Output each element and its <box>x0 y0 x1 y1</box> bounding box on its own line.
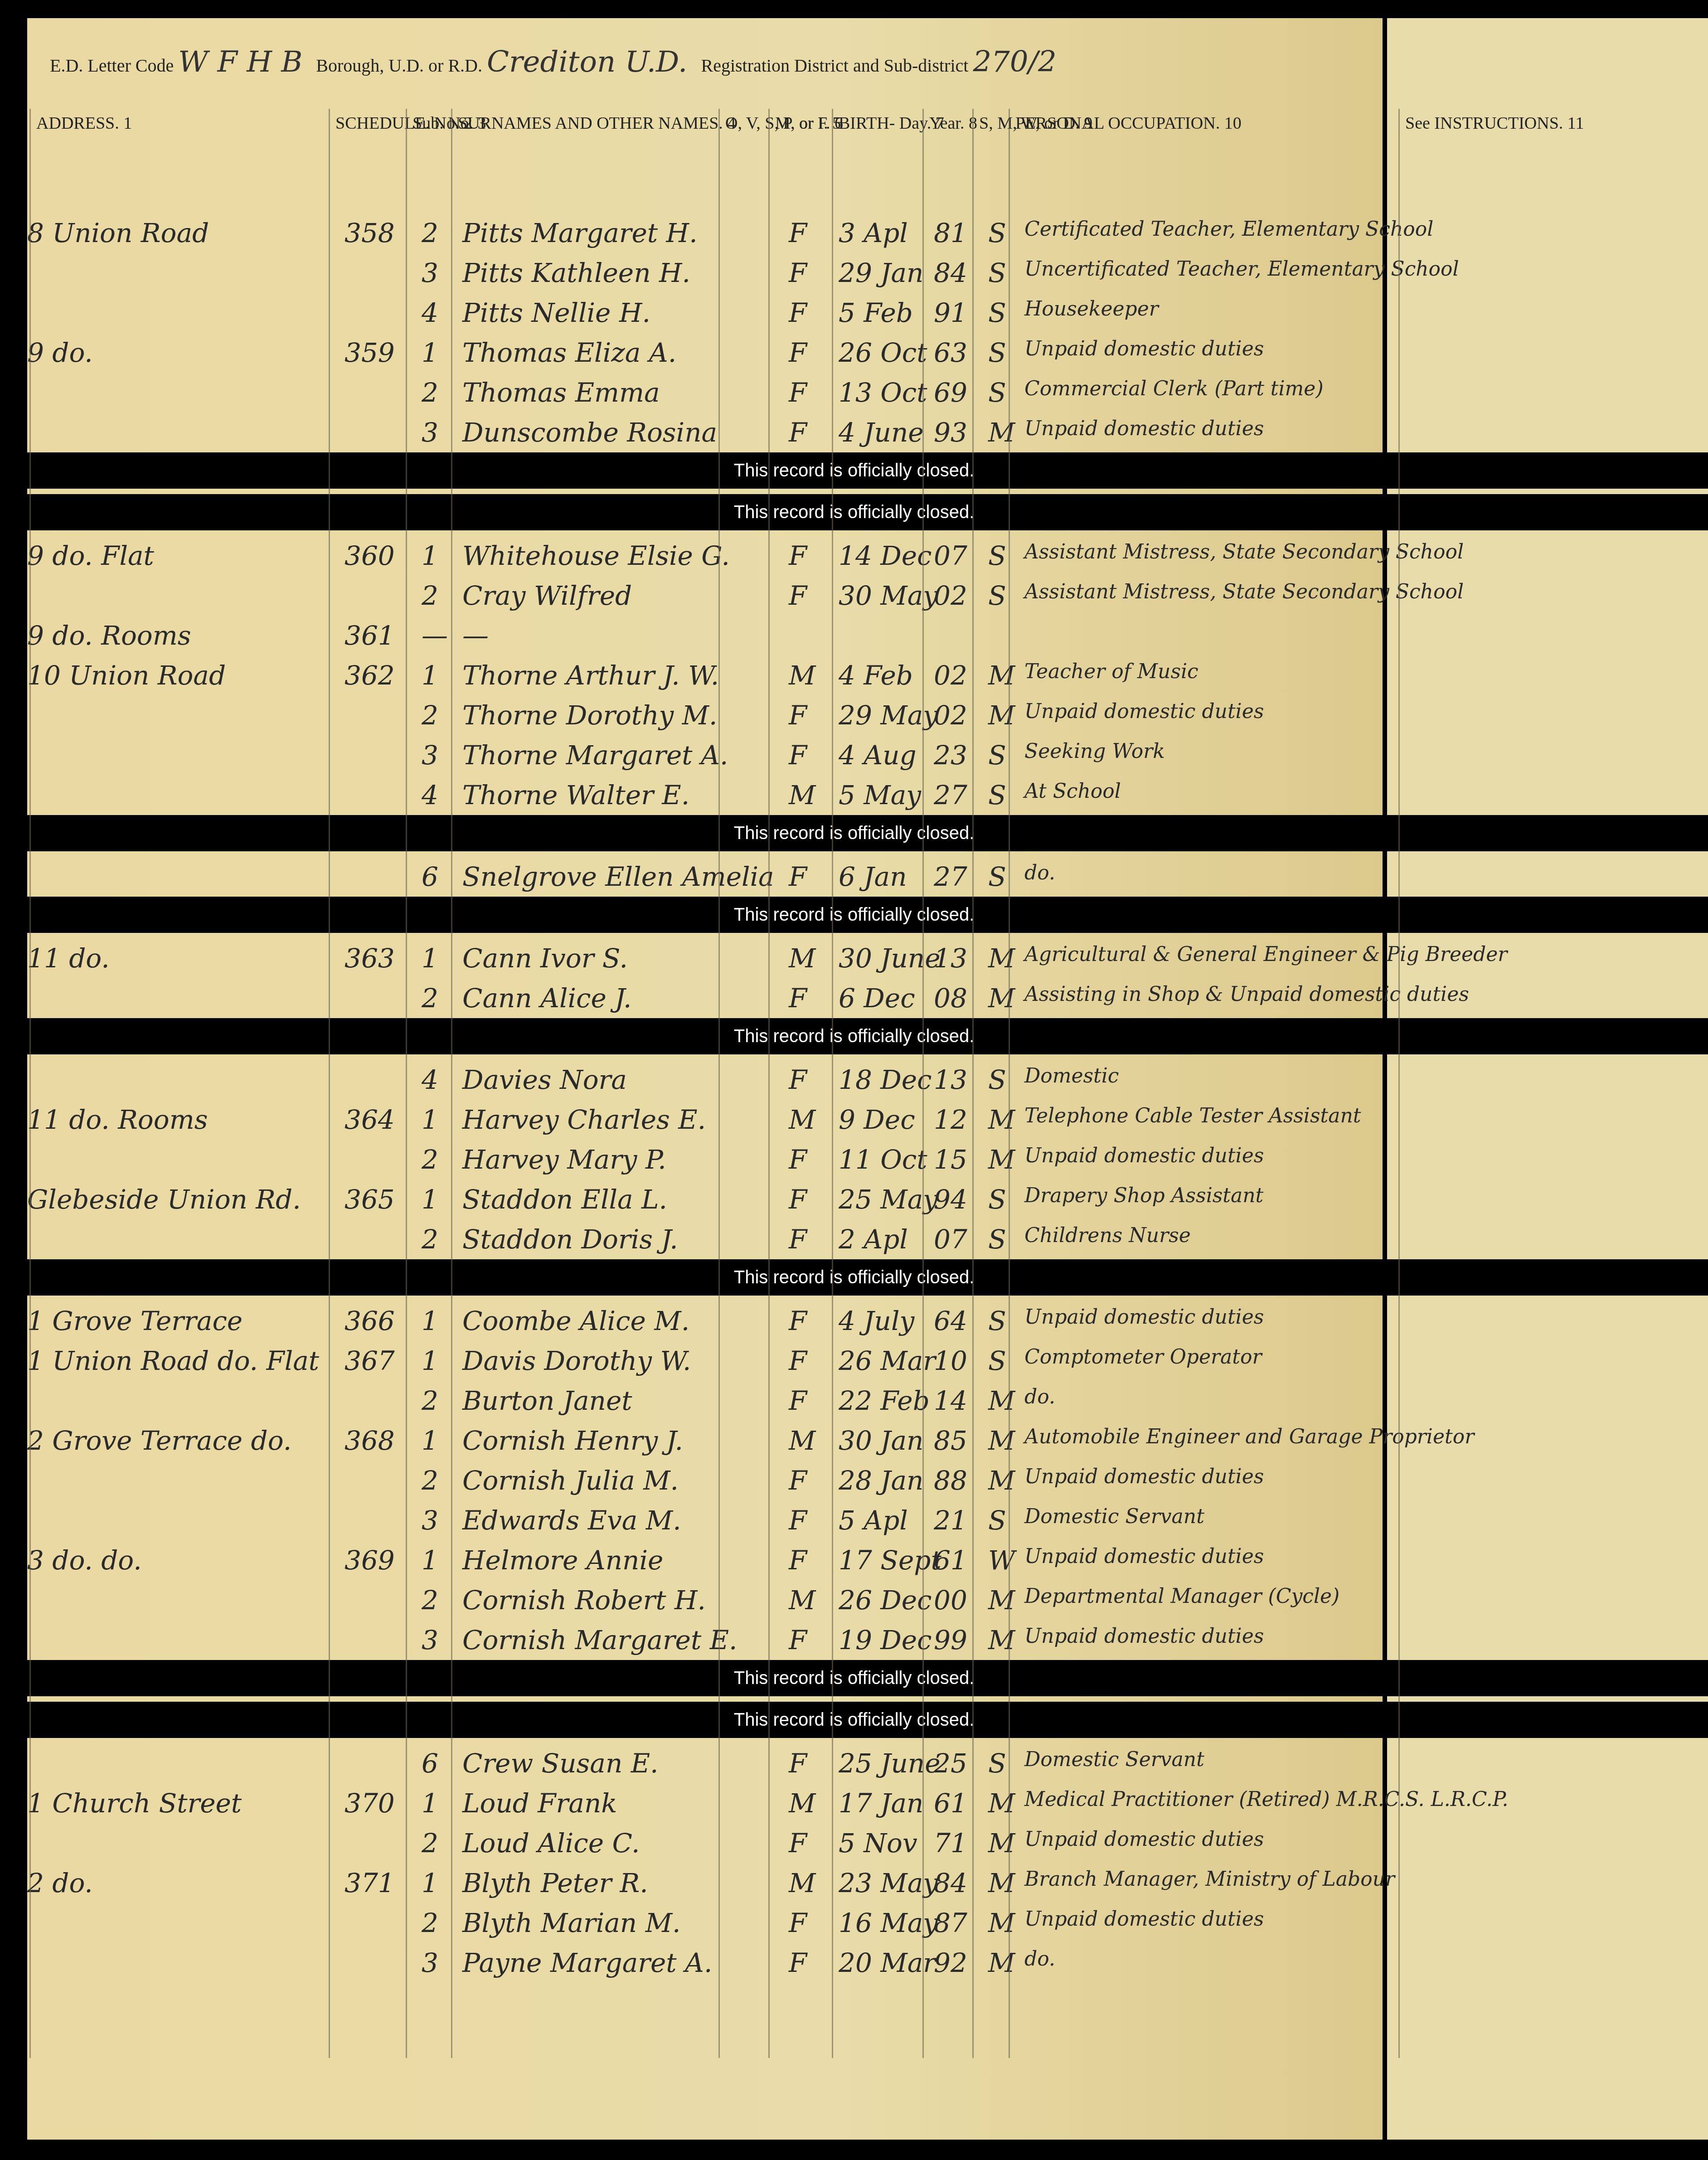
cell-day: 28 Jan <box>839 1465 923 1496</box>
cell-sub: 4 <box>422 1064 438 1095</box>
cell-sex: F <box>789 580 807 611</box>
cell-day: 4 Aug <box>839 740 917 771</box>
cell-name: Thomas Emma <box>462 377 660 408</box>
cell-yr: 64 <box>934 1306 967 1336</box>
cell-sch: 369 <box>345 1545 395 1576</box>
cell-ms: S <box>988 1748 1006 1779</box>
table-row: 3 do. do.3691Helmore AnnieF17 Sept61WUnp… <box>27 1540 1704 1581</box>
table-row: 2 Grove Terrace do.3681Cornish Henry J.M… <box>27 1421 1704 1461</box>
cell-occ: Unpaid domestic duties <box>1024 1465 1264 1488</box>
cell-name: Blyth Peter R. <box>462 1868 648 1898</box>
cell-sub: 1 <box>422 1184 438 1215</box>
cell-yr: 85 <box>934 1425 967 1456</box>
cell-yr: 02 <box>934 580 967 611</box>
column-header-1: ADDRESS. 1 <box>36 113 132 133</box>
cell-ms: S <box>988 1345 1006 1376</box>
cell-sub: 2 <box>422 1144 438 1175</box>
cell-occ: At School <box>1024 780 1121 803</box>
table-row: 6Crew Susan E.F25 June25SDomestic Servan… <box>27 1743 1704 1784</box>
table-row: 2Staddon Doris J.F2 Apl07SChildrens Nurs… <box>27 1219 1704 1260</box>
cell-name: Pitts Nellie H. <box>462 297 650 328</box>
table-row: 1 Grove Terrace3661Coombe Alice M.F4 Jul… <box>27 1301 1704 1342</box>
cell-yr: 12 <box>934 1104 967 1135</box>
cell-sch: 361 <box>345 620 395 651</box>
cell-day: 5 Feb <box>839 297 913 328</box>
cell-addr: 11 do. <box>27 943 110 974</box>
cell-ms: M <box>988 1625 1015 1655</box>
cell-sub: 1 <box>422 1345 438 1376</box>
cell-occ: Childrens Nurse <box>1024 1224 1191 1247</box>
cell-sex: F <box>789 297 807 328</box>
cell-name: Thorne Dorothy M. <box>462 700 718 731</box>
cell-occ: Teacher of Music <box>1024 660 1199 683</box>
cell-sub: 2 <box>422 983 438 1014</box>
cell-day: 29 Jan <box>839 257 923 288</box>
cell-sub: 1 <box>422 1868 438 1898</box>
cell-occ: Comptometer Operator <box>1024 1345 1262 1369</box>
cell-ms: M <box>988 700 1015 731</box>
cell-day: 22 Feb <box>839 1385 930 1416</box>
cell-day: 5 Nov <box>839 1828 917 1859</box>
cell-day: 4 June <box>839 417 924 448</box>
cell-ms: S <box>988 218 1006 248</box>
cell-occ: Domestic Servant <box>1024 1505 1204 1528</box>
cell-ms: M <box>988 1144 1015 1175</box>
cell-ms: S <box>988 540 1006 571</box>
cell-sex: F <box>789 1064 807 1095</box>
cell-sch: 360 <box>345 540 395 571</box>
column-header-8: Year. 8 <box>929 113 977 133</box>
cell-occ: Assistant Mistress, State Secondary Scho… <box>1024 580 1464 603</box>
table-row: 2Cann Alice J.F6 Dec08MAssisting in Shop… <box>27 978 1704 1019</box>
cell-sub: 3 <box>422 1505 438 1536</box>
table-row: Glebeside Union Rd.3651Staddon Ella L.F2… <box>27 1180 1704 1220</box>
cell-addr: 9 do. Flat <box>27 540 154 571</box>
reg-district: 270/2 <box>973 45 1056 79</box>
closed-record-banner: This record is officially closed. <box>0 452 1708 489</box>
cell-yr: 71 <box>934 1828 967 1859</box>
cell-name: Payne Margaret A. <box>462 1947 712 1978</box>
cell-name: Whitehouse Elsie G. <box>462 540 730 571</box>
reg-district-label: Registration District and Sub-district <box>701 55 968 76</box>
cell-yr: 88 <box>934 1465 967 1496</box>
ed-letter-code: W F H B <box>178 45 302 79</box>
table-row: 3Payne Margaret A.F20 Mar92Mdo. <box>27 1943 1704 1984</box>
cell-sch: 359 <box>345 337 395 368</box>
cell-sex: M <box>789 1585 815 1616</box>
cell-sex: M <box>789 660 815 691</box>
cell-name: Harvey Mary P. <box>462 1144 666 1175</box>
cell-occ: Unpaid domestic duties <box>1024 337 1264 360</box>
cell-sex: M <box>789 1104 815 1135</box>
table-row: 1 Union Road do. Flat3671Davis Dorothy W… <box>27 1341 1704 1382</box>
cell-sex: M <box>789 1425 815 1456</box>
cell-ms: S <box>988 1306 1006 1336</box>
cell-ms: M <box>988 1585 1015 1616</box>
cell-occ: Housekeeper <box>1024 297 1159 320</box>
cell-sub: 1 <box>422 660 438 691</box>
cell-day: 4 Feb <box>839 660 913 691</box>
cell-sex: F <box>789 218 807 248</box>
cell-name: Loud Alice C. <box>462 1828 640 1859</box>
cell-occ: Unpaid domestic duties <box>1024 700 1264 723</box>
table-row: 11 do.3631Cann Ivor S.M30 June13MAgricul… <box>27 938 1704 979</box>
cell-sex: F <box>789 257 807 288</box>
column-rule <box>406 109 407 2058</box>
cell-ms: M <box>988 660 1015 691</box>
cell-occ: do. <box>1024 1385 1055 1408</box>
cell-sch: 363 <box>345 943 395 974</box>
cell-yr: 07 <box>934 540 967 571</box>
cell-yr: 08 <box>934 983 967 1014</box>
table-row: 3Cornish Margaret E.F19 Dec99MUnpaid dom… <box>27 1620 1704 1661</box>
column-rule <box>451 109 452 2058</box>
cell-sch: 358 <box>345 218 395 248</box>
cell-day: 18 Dec <box>839 1064 932 1095</box>
cell-ms: S <box>988 740 1006 771</box>
cell-sch: 362 <box>345 660 395 691</box>
cell-name: — <box>462 620 489 651</box>
closed-record-banner: This record is officially closed. <box>0 815 1708 851</box>
cell-name: Cornish Margaret E. <box>462 1625 737 1655</box>
closed-record-banner: This record is officially closed. <box>0 494 1708 530</box>
cell-yr: 02 <box>934 660 967 691</box>
cell-occ: do. <box>1024 861 1055 884</box>
table-row: 2Thomas EmmaF13 Oct69SCommercial Clerk (… <box>27 373 1704 413</box>
cell-day: 11 Oct <box>839 1144 927 1175</box>
cell-sub: 2 <box>422 580 438 611</box>
cell-occ: Unpaid domestic duties <box>1024 1625 1264 1648</box>
table-row: 6Snelgrove Ellen AmeliaF6 Jan27Sdo. <box>27 857 1704 898</box>
cell-ms: M <box>988 1788 1015 1819</box>
cell-addr: Glebeside Union Rd. <box>27 1184 301 1215</box>
cell-ms: W <box>988 1545 1015 1576</box>
cell-ms: M <box>988 1828 1015 1859</box>
column-rule <box>718 109 720 2058</box>
cell-day: 19 Dec <box>839 1625 932 1655</box>
closed-record-banner: This record is officially closed. <box>0 1702 1708 1738</box>
cell-name: Harvey Charles E. <box>462 1104 706 1135</box>
cell-sex: F <box>789 861 807 892</box>
cell-day: 6 Dec <box>839 983 915 1014</box>
cell-day: 17 Sept <box>839 1545 941 1576</box>
cell-yr: 91 <box>934 297 967 328</box>
cell-yr: 69 <box>934 377 967 408</box>
cell-name: Thorne Arthur J. W. <box>462 660 719 691</box>
cell-addr: 8 Union Road <box>27 218 209 248</box>
cell-sex: M <box>789 780 815 811</box>
cell-occ: Departmental Manager (Cycle) <box>1024 1585 1339 1608</box>
cell-yr: 99 <box>934 1625 967 1655</box>
cell-ms: M <box>988 983 1015 1014</box>
cell-sex: F <box>789 1306 807 1336</box>
cell-yr: 94 <box>934 1184 967 1215</box>
cell-occ: Agricultural & General Engineer & Pig Br… <box>1024 943 1507 966</box>
cell-sub: 2 <box>422 1585 438 1616</box>
cell-yr: 13 <box>934 1064 967 1095</box>
cell-sub: 3 <box>422 740 438 771</box>
cell-sex: F <box>789 1505 807 1536</box>
cell-occ: Domestic <box>1024 1064 1119 1087</box>
cell-sub: 4 <box>422 297 438 328</box>
cell-addr: 3 do. do. <box>27 1545 142 1576</box>
cell-occ: Domestic Servant <box>1024 1748 1204 1771</box>
cell-ms: S <box>988 297 1006 328</box>
cell-occ: Automobile Engineer and Garage Proprieto… <box>1024 1425 1474 1448</box>
cell-sex: F <box>789 1545 807 1576</box>
table-row: 4Thorne Walter E.M5 May27SAt School <box>27 775 1704 816</box>
cell-ms: S <box>988 337 1006 368</box>
cell-addr: 1 Grove Terrace <box>27 1306 243 1336</box>
column-rule <box>972 109 974 2058</box>
table-row: 8 Union Road3582Pitts Margaret H.F3 Apl8… <box>27 213 1704 254</box>
cell-yr: 81 <box>934 218 967 248</box>
closed-record-banner: This record is officially closed. <box>0 897 1708 933</box>
cell-ms: S <box>988 1224 1006 1255</box>
cell-sub: 1 <box>422 1306 438 1336</box>
table-row: 2Cornish Julia M.F28 Jan88MUnpaid domest… <box>27 1461 1704 1501</box>
cell-yr: 21 <box>934 1505 967 1536</box>
cell-ms: S <box>988 1184 1006 1215</box>
cell-day: 30 Jan <box>839 1425 923 1456</box>
cell-name: Davis Dorothy W. <box>462 1345 691 1376</box>
cell-name: Staddon Doris J. <box>462 1224 678 1255</box>
cell-day: 5 Apl <box>839 1505 908 1536</box>
cell-sex: F <box>789 1828 807 1859</box>
cell-occ: Telephone Cable Tester Assistant <box>1024 1104 1361 1127</box>
cell-addr: 10 Union Road <box>27 660 226 691</box>
cell-name: Snelgrove Ellen Amelia <box>462 861 774 892</box>
cell-name: Davies Nora <box>462 1064 627 1095</box>
borough-label: Borough, U.D. or R.D. <box>316 55 482 76</box>
column-header-11: See INSTRUCTIONS. 11 <box>1405 113 1584 133</box>
cell-yr: 87 <box>934 1908 967 1938</box>
cell-occ: Assistant Mistress, State Secondary Scho… <box>1024 540 1464 563</box>
cell-ms: M <box>988 1868 1015 1898</box>
cell-day: 13 Oct <box>839 377 927 408</box>
cell-sub: 3 <box>422 1947 438 1978</box>
cell-name: Dunscombe Rosina <box>462 417 717 448</box>
column-header-10: PERSONAL OCCUPATION. 10 <box>1015 113 1242 133</box>
table-row: 2Cornish Robert H.M26 Dec00MDepartmental… <box>27 1580 1704 1621</box>
cell-ms: S <box>988 861 1006 892</box>
cell-addr: 9 do. Rooms <box>27 620 191 651</box>
table-row: 2Loud Alice C.F5 Nov71MUnpaid domestic d… <box>27 1823 1704 1864</box>
cell-yr: 93 <box>934 417 967 448</box>
cell-yr: 25 <box>934 1748 967 1779</box>
cell-sch: 368 <box>345 1425 395 1456</box>
cell-occ: Unpaid domestic duties <box>1024 1545 1264 1568</box>
cell-yr: 61 <box>934 1788 967 1819</box>
cell-yr: 15 <box>934 1144 967 1175</box>
column-rule <box>1398 109 1400 2058</box>
cell-occ: Assisting in Shop & Unpaid domestic duti… <box>1024 983 1469 1006</box>
cell-sex: F <box>789 1144 807 1175</box>
cell-name: Loud Frank <box>462 1788 617 1819</box>
cell-occ: do. <box>1024 1947 1055 1971</box>
cell-addr: 1 Church Street <box>27 1788 242 1819</box>
table-row: 9 do. Rooms361—— <box>27 616 1704 656</box>
cell-name: Crew Susan E. <box>462 1748 659 1779</box>
cell-yr: 84 <box>934 257 967 288</box>
cell-sub: 2 <box>422 1828 438 1859</box>
cell-occ: Unpaid domestic duties <box>1024 1306 1264 1329</box>
cell-occ: Commercial Clerk (Part time) <box>1024 377 1324 400</box>
cell-sex: F <box>789 1908 807 1938</box>
cell-yr: 27 <box>934 861 967 892</box>
cell-name: Cann Ivor S. <box>462 943 628 974</box>
table-row: 4Davies NoraF18 Dec13SDomestic <box>27 1060 1704 1101</box>
borough: Crediton U.D. <box>487 45 687 79</box>
table-row: 2Harvey Mary P.F11 Oct15MUnpaid domestic… <box>27 1140 1704 1180</box>
table-row: 9 do.3591Thomas Eliza A.F26 Oct63SUnpaid… <box>27 333 1704 374</box>
cell-ms: M <box>988 1385 1015 1416</box>
table-row: 2Burton JanetF22 Feb14Mdo. <box>27 1381 1704 1422</box>
cell-name: Cray Wilfred <box>462 580 632 611</box>
cell-sex: F <box>789 540 807 571</box>
cell-name: Cornish Robert H. <box>462 1585 706 1616</box>
cell-yr: 63 <box>934 337 967 368</box>
cell-name: Blyth Marian M. <box>462 1908 680 1938</box>
cell-day: 20 Mar <box>839 1947 936 1978</box>
column-rule <box>329 109 330 2058</box>
cell-day: 9 Dec <box>839 1104 915 1135</box>
cell-yr: 14 <box>934 1385 967 1416</box>
cell-sub: 2 <box>422 377 438 408</box>
cell-day: 26 Oct <box>839 337 927 368</box>
cell-sch: 366 <box>345 1306 395 1336</box>
cell-yr: 84 <box>934 1868 967 1898</box>
cell-ms: S <box>988 1064 1006 1095</box>
table-row: 10 Union Road3621Thorne Arthur J. W.M4 F… <box>27 655 1704 696</box>
cell-yr: 13 <box>934 943 967 974</box>
cell-name: Coombe Alice M. <box>462 1306 689 1336</box>
cell-sch: 364 <box>345 1104 395 1135</box>
cell-sub: 2 <box>422 1908 438 1938</box>
table-row: 9 do. Flat3601Whitehouse Elsie G.F14 Dec… <box>27 536 1704 577</box>
closed-record-banner: This record is officially closed. <box>0 1259 1708 1296</box>
cell-day: 4 July <box>839 1306 914 1336</box>
cell-yr: 02 <box>934 700 967 731</box>
cell-yr: 00 <box>934 1585 967 1616</box>
table-row: 3Dunscombe RosinaF4 June93MUnpaid domest… <box>27 413 1704 453</box>
column-rule <box>922 109 924 2058</box>
cell-sex: M <box>789 943 815 974</box>
cell-day: 25 June <box>839 1748 941 1779</box>
cell-name: Edwards Eva M. <box>462 1505 681 1536</box>
table-row: 11 do. Rooms3641Harvey Charles E.M9 Dec1… <box>27 1100 1704 1141</box>
cell-sub: 2 <box>422 1224 438 1255</box>
cell-name: Pitts Margaret H. <box>462 218 698 248</box>
cell-sex: M <box>789 1788 815 1819</box>
cell-yr: 23 <box>934 740 967 771</box>
cell-occ: Branch Manager, Ministry of Labour <box>1024 1868 1395 1891</box>
cell-day: 30 June <box>839 943 941 974</box>
column-rule <box>29 109 31 2058</box>
cell-sub: 1 <box>422 943 438 974</box>
cell-sub: 2 <box>422 218 438 248</box>
cell-ms: S <box>988 580 1006 611</box>
cell-ms: M <box>988 1465 1015 1496</box>
cell-day: 17 Jan <box>839 1788 923 1819</box>
column-header-4: SURNAMES AND OTHER NAMES. 4 <box>458 113 736 133</box>
cell-day: 5 May <box>839 780 921 811</box>
cell-ms: S <box>988 1505 1006 1536</box>
cell-sub: 2 <box>422 700 438 731</box>
cell-addr: 11 do. Rooms <box>27 1104 208 1135</box>
cell-sub: 2 <box>422 1465 438 1496</box>
cell-sch: 370 <box>345 1788 395 1819</box>
cell-addr: 2 Grove Terrace do. <box>27 1425 291 1456</box>
cell-name: Cann Alice J. <box>462 983 632 1014</box>
cell-sub: 1 <box>422 1545 438 1576</box>
cell-sex: F <box>789 1748 807 1779</box>
cell-sub: 6 <box>422 1748 438 1779</box>
cell-occ: Uncertificated Teacher, Elementary Schoo… <box>1024 257 1459 281</box>
cell-occ: Seeking Work <box>1024 740 1165 763</box>
cell-ms: M <box>988 1947 1015 1978</box>
column-rule <box>1009 109 1010 2058</box>
cell-yr: 07 <box>934 1224 967 1255</box>
cell-occ: Certificated Teacher, Elementary School <box>1024 218 1433 241</box>
cell-name: Staddon Ella L. <box>462 1184 667 1215</box>
cell-yr: 27 <box>934 780 967 811</box>
table-row: 2 do.3711Blyth Peter R.M23 May84MBranch … <box>27 1863 1704 1904</box>
table-row: 3Edwards Eva M.F5 Apl21SDomestic Servant <box>27 1500 1704 1541</box>
cell-sub: 3 <box>422 257 438 288</box>
table-row: 2Cray WilfredF30 May02SAssistant Mistres… <box>27 576 1704 616</box>
cell-yr: 61 <box>934 1545 967 1576</box>
closed-record-banner: This record is officially closed. <box>0 1018 1708 1054</box>
cell-sex: F <box>789 740 807 771</box>
cell-sub: 2 <box>422 1385 438 1416</box>
cell-occ: Unpaid domestic duties <box>1024 417 1264 440</box>
cell-sub: 1 <box>422 1425 438 1456</box>
cell-sex: F <box>789 1625 807 1655</box>
cell-name: Helmore Annie <box>462 1545 663 1576</box>
column-header-7: BIRTH- Day. 7 <box>839 113 944 133</box>
cell-sex: F <box>789 1465 807 1496</box>
cell-sex: F <box>789 337 807 368</box>
ed-letter-code-label: E.D. Letter Code <box>50 55 174 76</box>
cell-day: 26 Dec <box>839 1585 932 1616</box>
cell-yr: 10 <box>934 1345 967 1376</box>
cell-addr: 2 do. <box>27 1868 93 1898</box>
table-row: 2Blyth Marian M.F16 May87MUnpaid domesti… <box>27 1903 1704 1944</box>
cell-sex: F <box>789 1224 807 1255</box>
cell-ms: M <box>988 1104 1015 1135</box>
cell-occ: Unpaid domestic duties <box>1024 1828 1264 1851</box>
cell-sub: 1 <box>422 337 438 368</box>
cell-sex: F <box>789 377 807 408</box>
cell-sch: 367 <box>345 1345 395 1376</box>
cell-name: Thorne Margaret A. <box>462 740 728 771</box>
cell-name: Cornish Henry J. <box>462 1425 683 1456</box>
table-row: 3Thorne Margaret A.F4 Aug23SSeeking Work <box>27 735 1704 776</box>
column-rule <box>768 109 770 2058</box>
cell-sub: 1 <box>422 1788 438 1819</box>
cell-addr: 9 do. <box>27 337 93 368</box>
cell-occ: Unpaid domestic duties <box>1024 1908 1264 1931</box>
cell-sub: 3 <box>422 1625 438 1655</box>
cell-occ: Medical Practitioner (Retired) M.R.C.S. … <box>1024 1788 1509 1811</box>
cell-ms: S <box>988 257 1006 288</box>
cell-name: Burton Janet <box>462 1385 632 1416</box>
cell-sub: — <box>422 620 448 651</box>
cell-sex: F <box>789 983 807 1014</box>
cell-occ: Unpaid domestic duties <box>1024 1144 1264 1167</box>
table-row: 3Pitts Kathleen H.F29 Jan84SUncertificat… <box>27 253 1704 294</box>
